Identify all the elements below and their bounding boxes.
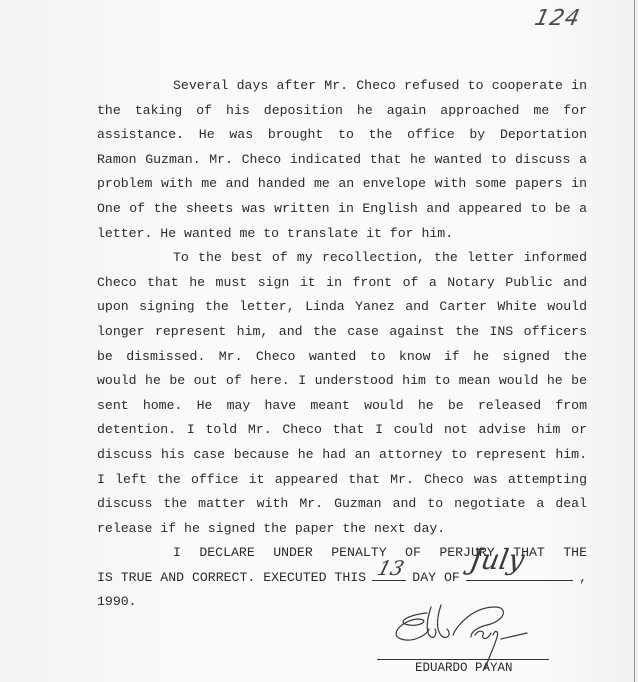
text-line: Ramon Guzman. Mr. Checo indicated that h… <box>97 148 587 173</box>
text-line: Checo that he must sign it in front of a… <box>97 271 587 296</box>
text-line: would he be out of here. I understood hi… <box>97 369 587 394</box>
text-line: upon signing the letter, Linda Yanez and… <box>97 295 587 320</box>
text-line: be dismissed. Mr. Checo wanted to know i… <box>97 345 587 370</box>
execution-prefix: IS TRUE AND CORRECT. EXECUTED THIS <box>97 566 366 591</box>
handwritten-day: 13 <box>375 556 407 581</box>
text-line: One of the sheets was written in English… <box>97 197 587 222</box>
text-line: discuss his case because he had an attor… <box>97 443 587 468</box>
text-line: I left the office it appeared that Mr. C… <box>97 468 587 493</box>
day-field: 13 <box>372 566 406 581</box>
month-field: July <box>466 566 573 581</box>
signer-name: EDUARDO PAYAN <box>415 661 513 675</box>
text-line: Several days after Mr. Checo refused to … <box>97 74 587 99</box>
document-page: 124 Several days after Mr. Checo refused… <box>0 0 638 682</box>
text-line: sent home. He may have meant would he be… <box>97 394 587 419</box>
day-of-label: DAY OF <box>412 566 459 591</box>
handwritten-month: July <box>468 548 526 573</box>
text-line: release if he signed the paper the next … <box>97 517 587 542</box>
text-line: To the best of my recollection, the lett… <box>97 246 587 271</box>
text-line: assistance. He was brought to the office… <box>97 123 587 148</box>
text-line: the taking of his deposition he again ap… <box>97 99 587 124</box>
execution-suffix: , <box>579 566 587 591</box>
text-line: longer represent him, and the case again… <box>97 320 587 345</box>
page-edge <box>634 0 635 682</box>
execution-line: IS TRUE AND CORRECT. EXECUTED THIS 13 DA… <box>97 566 587 591</box>
declaration-body: Several days after Mr. Checo refused to … <box>97 74 587 615</box>
text-line: problem with me and handed me an envelop… <box>97 172 587 197</box>
signature-line <box>377 659 549 660</box>
handwritten-page-number: 124 <box>532 6 582 31</box>
text-line: detention. I told Mr. Checo that I could… <box>97 418 587 443</box>
text-line: discuss the matter with Mr. Guzman and t… <box>97 492 587 517</box>
text-line: letter. He wanted me to translate it for… <box>97 222 587 247</box>
